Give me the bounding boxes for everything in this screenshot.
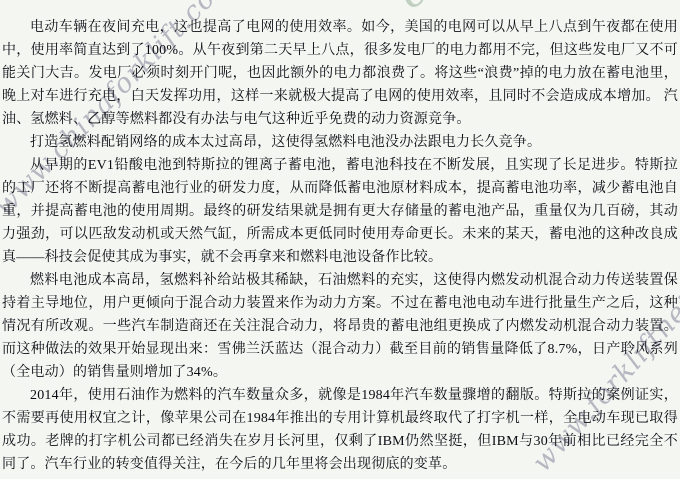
paragraph-5: 2014年，使用石油作为燃料的汽车数量众多，就像是1984年汽车数量骤增的翻版。… xyxy=(2,384,678,476)
document-page: www.chinaforklift.com com www.forkliftne… xyxy=(0,0,680,479)
paragraph-3: 从早期的EV1铅酸电池到特斯拉的锂离子蓄电池，蓄电池科技在不断发展，且实现了长足… xyxy=(2,154,678,269)
paragraph-2: 打造氢燃料配销网络的成本太过高昂，这使得氢燃料电池没办法跟电力长久竞争。 xyxy=(2,131,678,154)
paragraph-4: 燃料电池成本高昂，氢燃料补给站极其稀缺，石油燃料的充实，这使得内燃发动机混合动力… xyxy=(2,269,678,384)
paragraph-1: 电动车辆在夜间充电，这也提高了电网的使用效率。如今，美国的电网可以从早上八点到午… xyxy=(2,16,678,131)
article-text: 电动车辆在夜间充电，这也提高了电网的使用效率。如今，美国的电网可以从早上八点到午… xyxy=(2,16,678,476)
